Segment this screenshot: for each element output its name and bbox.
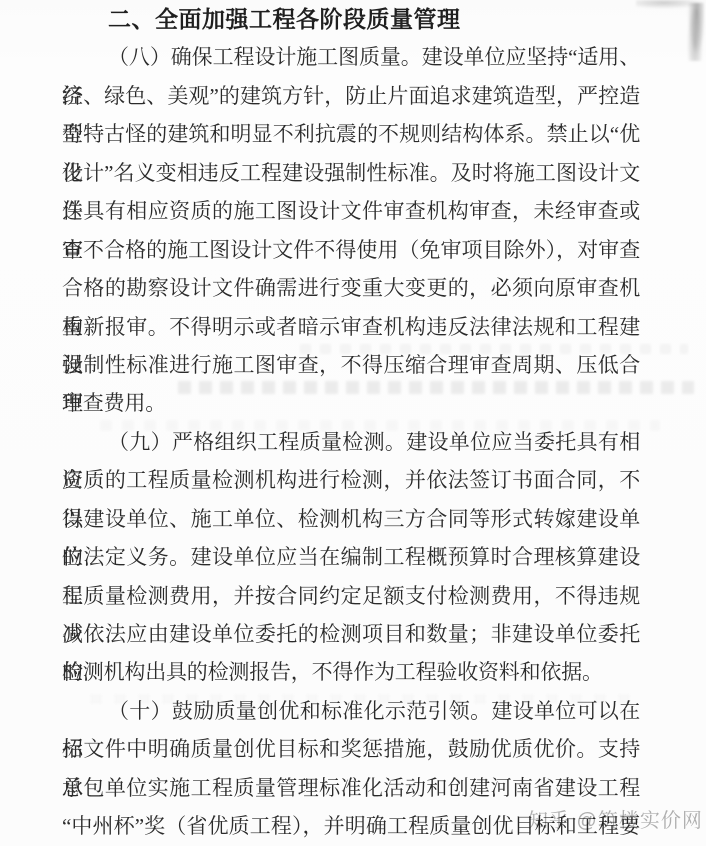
document-line: 设计”名义变相违反工程建设强制性标准。及时将施工图设计文件 [62, 154, 640, 192]
scanned-document-page: 二、全面加强工程各阶段质量管理（八）确保工程设计施工图质量。建设单位应坚持“适用… [0, 0, 706, 846]
scan-smudge [636, 0, 706, 9]
scan-smudge [686, 3, 704, 61]
section-heading: 二、全面加强工程各阶段质量管理 [62, 0, 640, 38]
document-line: 合格的勘察设计文件确需进行变重大变更的，必须向原审查机构 [62, 269, 640, 307]
document-line: （十）鼓励质量创优和标准化示范引领。建设单位可以在招 [62, 692, 640, 730]
document-line: 承包单位实施工程质量管理标准化活动和创建河南省建设工程 [62, 769, 640, 807]
document-line: 强制性标准进行施工图审查，不得压缩合理审查周期、压低合理 [62, 346, 640, 384]
document-line: 重新报审。不得明示或者暗示审查机构违反法律法规和工程建设 [62, 308, 640, 346]
document-line: 程质量检测费用，并按合同约定足额支付检测费用，不得违规减 [62, 577, 640, 615]
document-line: 少依法应由建设单位委托的检测项目和数量；非建设单位委托的 [62, 615, 640, 653]
document-line: 检测机构出具的检测报告，不得作为工程验收资料和依据。 [62, 653, 640, 691]
document-line: 审查费用。 [62, 384, 640, 422]
document-line: （八）确保工程设计施工图质量。建设单位应坚持“适用、经 [62, 38, 640, 76]
document-line: 标文件中明确质量创优目标和奖惩措施，鼓励优质优价。支持总 [62, 730, 640, 768]
document-line: 济、绿色、美观”的建筑方针，防止片面追求建筑造型，严控造型 [62, 77, 640, 115]
document-line: 查不合格的施工图设计文件不得使用（免审项目除外），对审查 [62, 231, 640, 269]
document-line: 资质的工程质量检测机构进行检测，并依法签订书面合同，不得 [62, 461, 640, 499]
document-line: “中州杯”奖（省优质工程），并明确工程质量创优目标和工程要 [62, 807, 640, 845]
document-body: 二、全面加强工程各阶段质量管理（八）确保工程设计施工图质量。建设单位应坚持“适用… [62, 0, 640, 846]
document-line: 以建设单位、施工单位、检测机构三方合同等形式转嫁建设单位 [62, 500, 640, 538]
document-line: 送具有相应资质的施工图设计文件审查机构审查，未经审查或审 [62, 192, 640, 230]
document-line: （九）严格组织工程质量检测。建设单位应当委托具有相应 [62, 423, 640, 461]
document-line: 奇特古怪的建筑和明显不利抗震的不规则结构体系。禁止以“优化 [62, 115, 640, 153]
document-line: 的法定义务。建设单位应当在编制工程概预算时合理核算建设工 [62, 538, 640, 576]
